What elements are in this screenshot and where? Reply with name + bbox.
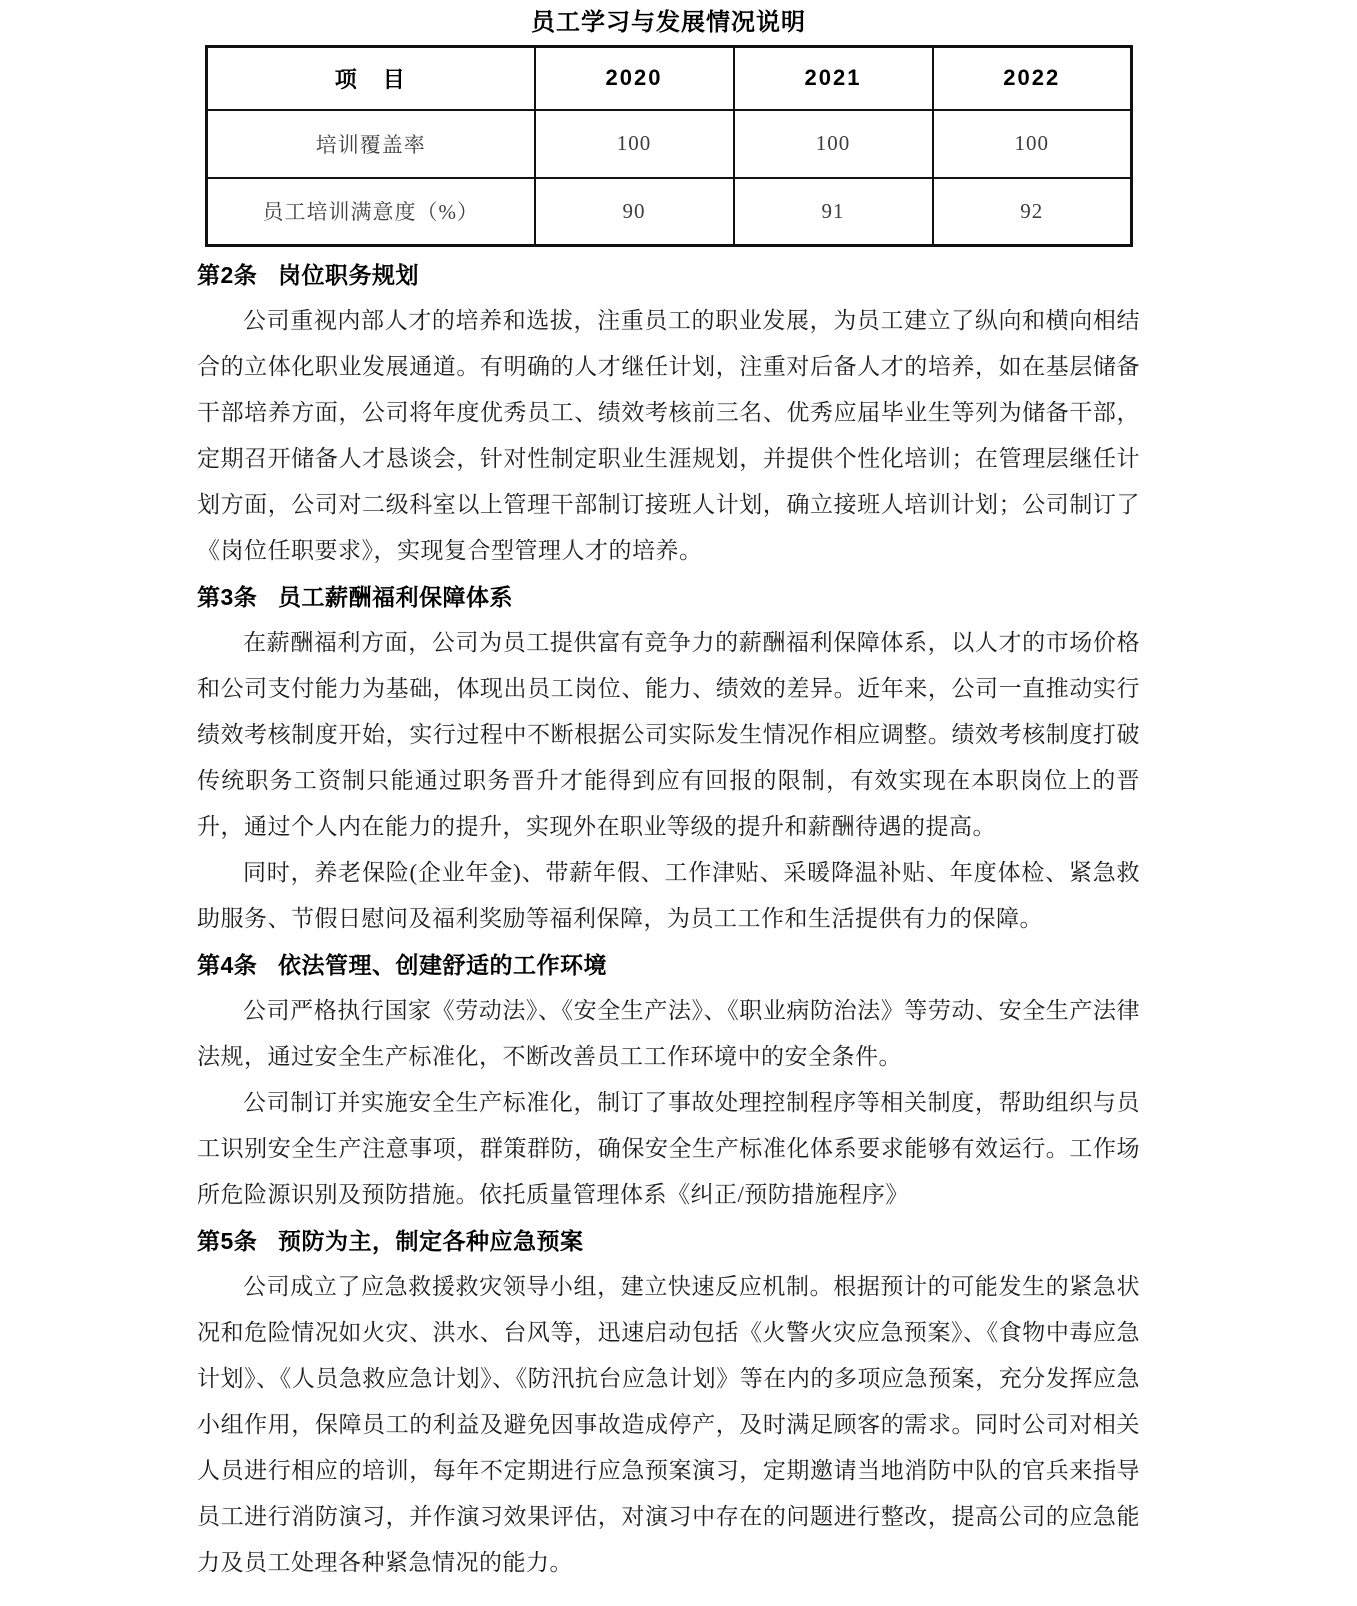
row-label: 培训覆盖率 [207,110,535,178]
section-number: 第3条 [197,584,257,610]
section-number: 第5条 [197,1228,257,1254]
body-paragraph: 公司重视内部人才的培养和选拔，注重员工的职业发展，为员工建立了纵向和横向相结合的… [197,298,1140,574]
section-number: 第4条 [197,952,257,978]
body-paragraph: 公司成立了应急救援救灾领导小组，建立快速反应机制。根据预计的可能发生的紧急状况和… [197,1264,1140,1586]
section-heading: 第5条预防为主，制定各种应急预案 [197,1218,1140,1264]
section-title: 依法管理、创建舒适的工作环境 [278,952,607,978]
section-number: 第2条 [197,262,257,288]
table-row-training-coverage: 培训覆盖率 100 100 100 [207,110,1132,178]
table-header-item: 项 目 [207,47,535,110]
table-header-2021: 2021 [734,47,933,110]
table-header-2020: 2020 [535,47,734,110]
section-article-2: 第2条岗位职务规划 公司重视内部人才的培养和选拔，注重员工的职业发展，为员工建立… [197,252,1140,574]
cell-value: 100 [933,110,1132,178]
body-paragraph: 在薪酬福利方面，公司为员工提供富有竞争力的薪酬福利保障体系，以人才的市场价格和公… [197,620,1140,850]
learning-development-table: 项 目 2020 2021 2022 培训覆盖率 100 100 100 员工培… [205,45,1133,247]
cell-value: 100 [734,110,933,178]
body-paragraph: 公司严格执行国家《劳动法》、《安全生产法》、《职业病防治法》等劳动、安全生产法律… [197,988,1140,1080]
section-title: 员工薪酬福利保障体系 [278,584,513,610]
section-title: 预防为主，制定各种应急预案 [278,1228,584,1254]
section-title: 岗位职务规划 [278,262,419,288]
section-heading: 第4条依法管理、创建舒适的工作环境 [197,942,1140,988]
table-row-training-satisfaction: 员工培训满意度（%） 90 91 92 [207,178,1132,246]
section-article-5: 第5条预防为主，制定各种应急预案 公司成立了应急救援救灾领导小组，建立快速反应机… [197,1218,1140,1586]
cell-value: 91 [734,178,933,246]
row-label: 员工培训满意度（%） [207,178,535,246]
cell-value: 90 [535,178,734,246]
cell-value: 92 [933,178,1132,246]
section-heading: 第3条员工薪酬福利保障体系 [197,574,1140,620]
page-title: 员工学习与发展情况说明 [197,6,1140,40]
body-paragraph: 同时，养老保险(企业年金)、带薪年假、工作津贴、采暖降温补贴、年度体检、紧急救助… [197,850,1140,942]
section-article-3: 第3条员工薪酬福利保障体系 在薪酬福利方面，公司为员工提供富有竞争力的薪酬福利保… [197,574,1140,942]
table-header-row: 项 目 2020 2021 2022 [207,47,1132,110]
document-page: 员工学习与发展情况说明 项 目 2020 2021 2022 培训覆盖率 100… [0,0,1357,1606]
body-paragraph: 公司制订并实施安全生产标准化，制订了事故处理控制程序等相关制度，帮助组织与员工识… [197,1080,1140,1218]
cell-value: 100 [535,110,734,178]
section-heading: 第2条岗位职务规划 [197,252,1140,298]
section-article-4: 第4条依法管理、创建舒适的工作环境 公司严格执行国家《劳动法》、《安全生产法》、… [197,942,1140,1218]
table-header-2022: 2022 [933,47,1132,110]
